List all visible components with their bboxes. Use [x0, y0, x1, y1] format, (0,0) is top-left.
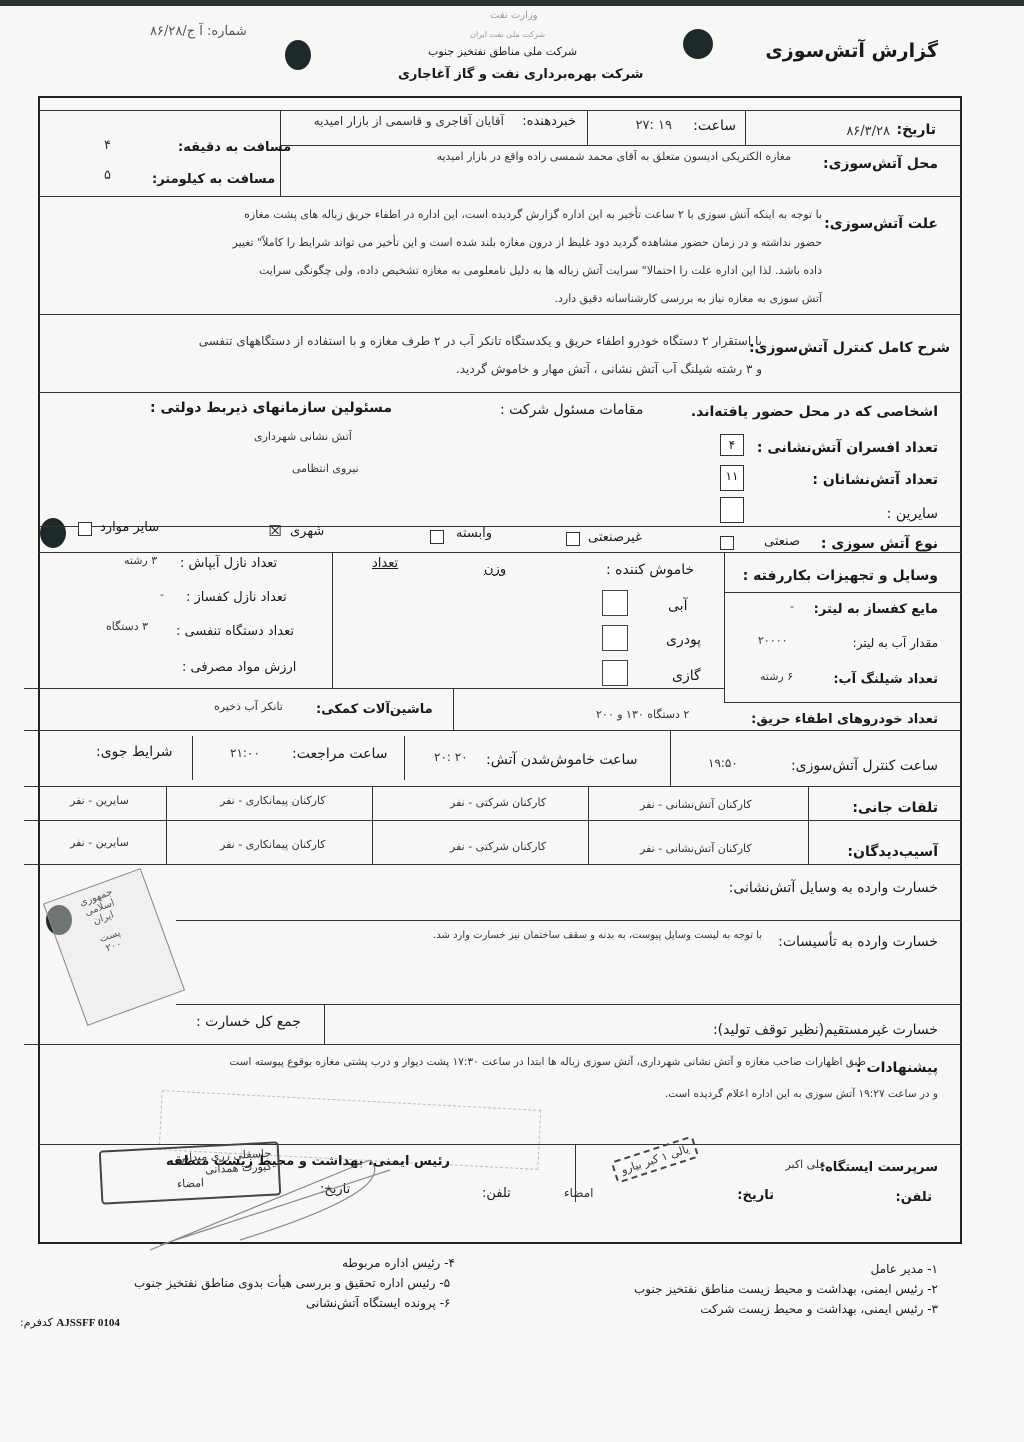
gov-official-1: آتش نشانی شهرداری	[254, 430, 352, 443]
extinguish-time-label: ساعت خاموش‌شدن آتش:	[486, 752, 637, 768]
divider	[724, 552, 725, 702]
station-supervisor-name: علی اکبر	[785, 1158, 826, 1171]
injuries-company-staff: کارکنان شرکتی - نفر	[450, 840, 546, 853]
location-value: مغازه الکتریکی ادیسون متعلق به آقای محمد…	[437, 150, 791, 163]
fatalities-firefighters: کارکنان آتش‌نشانی - نفر	[640, 798, 752, 811]
form-code-label: کدفرم:	[20, 1316, 53, 1329]
foam-liters-value: -	[790, 600, 794, 613]
divider	[670, 730, 671, 786]
firefighters-count[interactable]: ۱۱	[720, 465, 744, 491]
divider	[176, 1004, 962, 1005]
extinguisher-water-checkbox[interactable]	[602, 590, 628, 616]
fatalities-others: سایرین - نفر	[70, 794, 129, 807]
cause-line-1: با توجه به اینکه آتش سوزی با ۲ ساعت تأخی…	[244, 208, 822, 221]
cause-line-3: داده باشد. لذا این اداره علت را احتمالا"…	[259, 264, 822, 277]
foam-liters-label: مایع کفساز به لیتر:	[814, 602, 938, 617]
divider	[24, 1044, 962, 1045]
divider	[192, 736, 193, 780]
station-supervisor-label: سرپرست ایستگاه:	[820, 1160, 938, 1175]
fire-officers-label: تعداد افسران آتش‌نشانی :	[757, 440, 938, 456]
report-number-value: آ ج/۸۶/۲۸	[150, 24, 203, 39]
distance-km-value: ۵	[104, 168, 111, 183]
divider	[324, 1004, 325, 1044]
time-value: ۱۹ :۲۷	[636, 118, 672, 133]
divider	[24, 786, 962, 787]
count-column-label: تعداد	[372, 556, 398, 571]
fatalities-contractors: کارکنان پیمانکاری - نفر	[220, 794, 326, 807]
divider	[38, 1144, 962, 1145]
fire-type-other-checkbox[interactable]	[78, 522, 92, 536]
fire-type-affiliated-label: وابسته	[456, 526, 492, 541]
gov-officials-label: مسئولین سازمانهای ذیربط دولتی :	[150, 400, 392, 416]
divider	[38, 552, 962, 553]
supervisor-phone-label: تلفن:	[896, 1190, 932, 1205]
fire-officers-count[interactable]: ۴	[720, 434, 744, 456]
distribution-item-4: ۴- رئیس اداره مربوطه	[342, 1256, 455, 1270]
weather-label: شرایط جوی:	[96, 744, 173, 760]
distribution-item-6: ۶- پرونده ایستگاه آتش‌نشانی	[306, 1296, 451, 1310]
water-nozzles-label: تعداد نازل آبپاش :	[180, 556, 277, 571]
nioc-small-text: شرکت ملی نفت ایران	[470, 30, 545, 39]
firefighters-label: تعداد آتش‌نشانان :	[812, 472, 938, 488]
equipment-heading: وسایل و تجهیزات بکاررفته :	[743, 568, 938, 584]
injuries-contractors: کارکنان پیمانکاری - نفر	[220, 838, 326, 851]
divider	[372, 786, 373, 864]
divider	[724, 702, 962, 703]
facilities-damage-label: خسارت وارده به تأسیسات:	[778, 934, 938, 950]
fire-type-urban-label: شهری	[290, 524, 324, 539]
divider	[38, 196, 962, 197]
time-label: ساعت:	[693, 118, 736, 134]
control-description-line-1: با استقرار ۲ دستگاه خودرو اطفاء حریق و ی…	[199, 334, 762, 348]
cause-label: علت آتش‌سوزی:	[824, 216, 938, 232]
control-time-value: ۱۹:۵۰	[708, 756, 738, 770]
extinguisher-powder-label: پودری	[666, 632, 701, 648]
distance-minutes-label: مسافت به دقیقه:	[178, 140, 291, 155]
attendees-heading: اشخاصی که در محل حضور یافته‌اند.	[691, 404, 938, 420]
form-code: AJSSFF 0104 کدفرم:	[20, 1316, 120, 1329]
divider	[724, 592, 962, 593]
water-liters-value: ۲۰۰۰۰	[758, 634, 788, 647]
divider	[745, 110, 746, 146]
fatalities-label: تلفات جانی:	[852, 800, 938, 816]
fire-type-nonindustrial-checkbox[interactable]	[566, 532, 580, 546]
indirect-damage-label: خسارت غیرمستقیم(نظیر توقف تولید):	[713, 1022, 938, 1038]
report-number-label: شماره:	[207, 24, 247, 39]
divider	[588, 786, 589, 864]
materials-cost-label: ارزش مواد مصرفی :	[182, 660, 296, 675]
divider	[808, 786, 809, 864]
company-name-1: شرکت ملی مناطق نفتخیز جنوب	[428, 45, 577, 58]
control-description-line-2: و ۳ رشته شیلنگ آب آتش نشانی ، آتش مهار و…	[456, 362, 762, 376]
fire-type-affiliated-checkbox[interactable]	[430, 530, 444, 544]
fatalities-company-staff: کارکنان شرکتی - نفر	[450, 796, 546, 809]
facilities-damage-value: با توجه به لیست وسایل پیوست، به بدنه و س…	[433, 930, 762, 941]
location-label: محل آتش‌سوزی:	[823, 156, 938, 172]
equipment-damage-label: خسارت وارده به وسایل آتش‌نشانی:	[729, 880, 938, 896]
extinguisher-gas-checkbox[interactable]	[602, 660, 628, 686]
fire-vehicles-value: ۲ دستگاه ۱۳۰ و ۲۰۰	[596, 708, 689, 721]
fire-vehicles-label: تعداد خودروهای اطفاء حریق:	[751, 712, 938, 727]
distribution-item-5: ۵- رئیس اداره تحقیق و بررسی هیأت بدوی من…	[134, 1276, 450, 1290]
date-value: ۸۶/۳/۲۸	[846, 124, 890, 139]
divider	[453, 688, 454, 730]
divider	[280, 145, 962, 146]
divider	[166, 786, 167, 864]
distribution-item-2: ۲- رئیس ایمنی، بهداشت و محیط زیست مناطق …	[634, 1282, 938, 1296]
distribution-item-1: ۱- مدیر عامل	[871, 1262, 938, 1276]
suggestions-line-1: طبق اظهارات صاحب مغازه و آتش نشانی شهردا…	[229, 1056, 866, 1068]
extinguisher-gas-label: گازی	[672, 668, 701, 684]
divider	[404, 736, 405, 780]
form-code-value: AJSSFF 0104	[56, 1317, 119, 1329]
aux-machinery-value: تانکر آب ذخیره	[214, 700, 283, 713]
report-title: گزارش آتش‌سوزی	[765, 40, 938, 62]
fire-type-other-label: سایر موارد	[100, 520, 159, 535]
return-time-label: ساعت مراجعت:	[292, 746, 388, 762]
divider	[38, 110, 962, 111]
fire-type-industrial-label: صنعتی	[764, 534, 800, 549]
water-nozzles-value: ۳ رشته	[124, 554, 157, 567]
cause-line-4: آتش سوزی به مغازه نیاز به بررسی کارشناسا…	[555, 292, 822, 305]
divider	[38, 314, 962, 315]
report-number: شماره: آ ج/۸۶/۲۸	[150, 24, 247, 39]
signature-scribble-icon	[140, 1150, 440, 1260]
distance-km-label: مسافت به کیلومتر:	[152, 172, 275, 187]
divider	[332, 552, 333, 688]
divider	[24, 820, 962, 821]
divider	[587, 110, 588, 146]
fire-report-page: گزارش آتش‌سوزی وزارت نفت شرکت ملی نفت ای…	[0, 0, 1024, 1442]
extinguish-time-value: ۲۰ :۲۰	[434, 750, 468, 764]
injuries-label: آسیب‌دیدگان:	[847, 844, 938, 860]
company-officials-label: مقامات مسئول شرکت :	[500, 402, 643, 418]
fire-type-label: نوع آتش سوزی :	[821, 536, 938, 552]
control-description-label: شرح کامل کنترل آتش‌سوزی:	[749, 340, 950, 356]
company-name-2: شرکت بهره‌برداری نفت و گاز آغاجاری	[398, 67, 643, 82]
suggestions-label: پیشنهادات :	[856, 1060, 938, 1076]
distribution-item-3: ۳- رئیس ایمنی، بهداشت و محیط زیست شرکت	[700, 1302, 938, 1316]
divider	[38, 392, 962, 393]
fire-type-urban-checkbox[interactable]: ☒	[268, 526, 282, 540]
others-count[interactable]	[720, 497, 744, 523]
foam-nozzles-value: -	[160, 588, 164, 601]
supervisor-sign-label: امضاء	[564, 1186, 593, 1200]
date-label: تاریخ:	[896, 122, 936, 138]
extinguisher-label: خاموش کننده :	[606, 562, 694, 578]
cause-line-2: حضور نداشته و در زمان حضور مشاهده گردید …	[233, 236, 822, 249]
aux-machinery-label: ماشین‌آلات کمکی:	[316, 702, 433, 717]
breathing-apparatus-label: تعداد دستگاه تنفسی :	[176, 624, 294, 639]
punch-hole-icon	[683, 29, 713, 59]
suggestions-line-2: و در ساعت ۱۹:۲۷ آتش سوزی به این اداره اع…	[665, 1088, 938, 1100]
punch-hole-icon	[285, 40, 311, 70]
informant-value: آقایان آقاجری و قاسمی از بازار امیدیه	[314, 114, 504, 128]
water-hoses-value: ۶ رشته	[760, 670, 793, 683]
ministry-logo-text: وزارت نفت	[490, 10, 538, 21]
control-time-label: ساعت کنترل آتش‌سوزی:	[791, 758, 938, 774]
divider	[24, 688, 724, 689]
foam-nozzles-label: تعداد نازل کفساز :	[186, 590, 287, 605]
others-label: سایرین :	[887, 506, 938, 522]
breathing-apparatus-value: ۳ دستگاه	[106, 620, 148, 633]
injuries-firefighters: کارکنان آتش‌نشانی - نفر	[640, 842, 752, 855]
divider	[38, 526, 962, 527]
supervisor-date-label: تاریخ:	[737, 1188, 774, 1203]
hse-phone-label: تلفن:	[482, 1186, 511, 1201]
weight-column-label: وزن	[484, 562, 506, 577]
extinguisher-water-label: آبی	[668, 598, 687, 614]
scan-edge	[0, 0, 1024, 6]
informant-label: خبردهنده:	[522, 114, 576, 129]
gov-official-2: نیروی انتظامی	[292, 462, 359, 475]
water-hoses-label: تعداد شیلنگ آب:	[833, 672, 938, 687]
return-time-value: ۲۱:۰۰	[230, 746, 260, 760]
divider	[176, 920, 962, 921]
injuries-others: سایرین - نفر	[70, 836, 129, 849]
fire-type-industrial-checkbox[interactable]	[720, 536, 734, 550]
divider	[24, 864, 962, 865]
fire-type-nonindustrial-label: غیرصنعتی	[588, 530, 642, 545]
extinguisher-powder-checkbox[interactable]	[602, 625, 628, 651]
total-damage-label: جمع کل خسارت :	[196, 1014, 301, 1030]
divider	[24, 730, 962, 731]
distance-minutes-value: ۴	[104, 138, 111, 153]
water-liters-label: مقدار آب به لیتر:	[853, 636, 938, 650]
